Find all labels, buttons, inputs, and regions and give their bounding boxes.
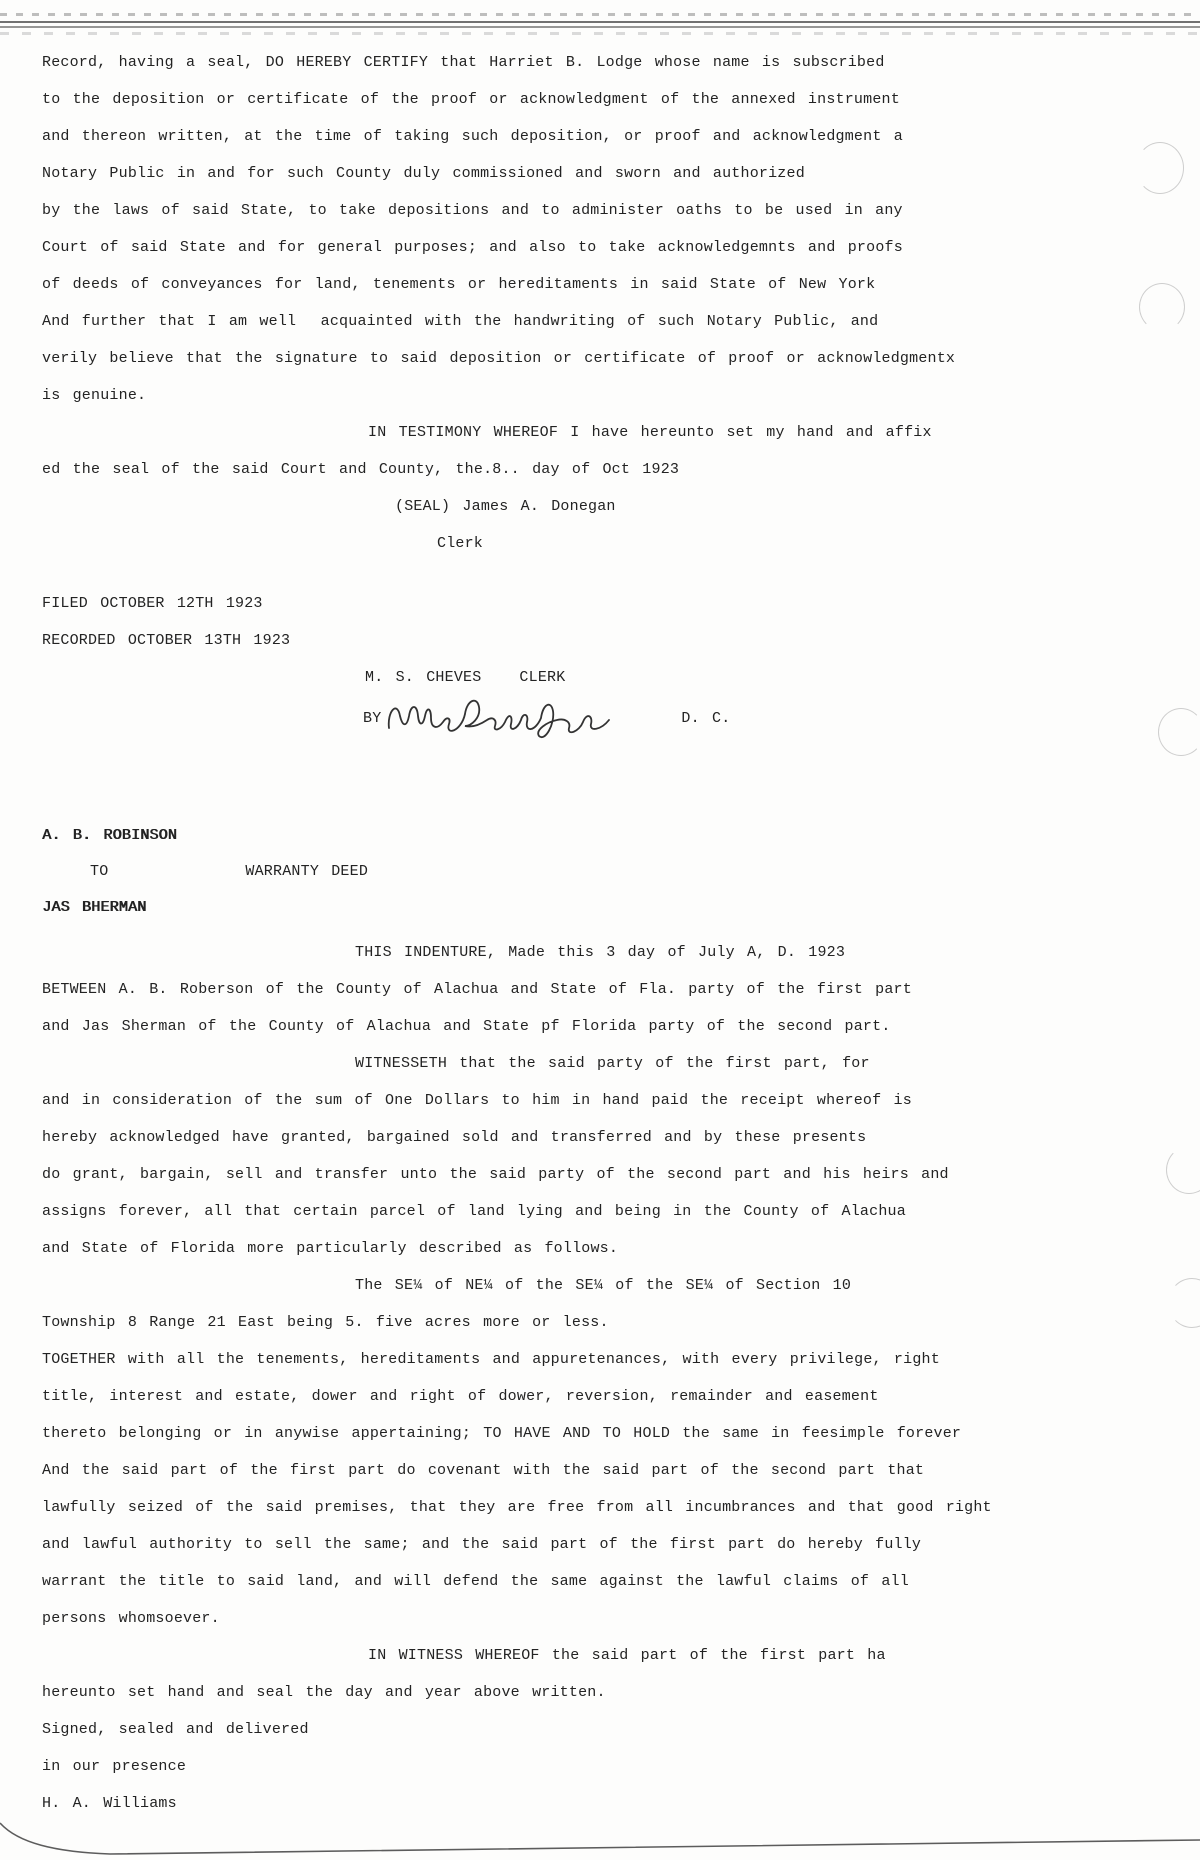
recorded-stamp: RECORDED OCTOBER 13TH 1923 (0, 622, 1200, 659)
deed-line: and in consideration of the sum of One D… (0, 1082, 1200, 1119)
legal-description-line: Township 8 Range 21 East being 5. five a… (0, 1304, 1200, 1341)
deed-line: TOGETHER with all the tenements, heredit… (0, 1341, 1200, 1378)
certificate-line: And further that I am well acquainted wi… (0, 303, 1200, 340)
recording-clerk-name: M. S. CHEVES (365, 669, 481, 686)
certificate-line: Notary Public in and for such County dul… (0, 155, 1200, 192)
spacer (0, 562, 1200, 585)
scan-artifact-dashed-rule-top (0, 13, 1200, 16)
recording-clerk-line: M. S. CHEVESCLERK (0, 659, 1200, 696)
deed-line: warrant the title to said land, and will… (0, 1563, 1200, 1600)
deed-line: lawfully seized of the said premises, th… (0, 1489, 1200, 1526)
certificate-line: Court of said State and for general purp… (0, 229, 1200, 266)
witness-clause-line: hereunto set hand and seal the day and y… (0, 1674, 1200, 1711)
filed-stamp: FILED OCTOBER 12TH 1923 (0, 585, 1200, 622)
scan-artifact-dashed-rule-bottom (0, 32, 1200, 35)
testimony-clause-line: ed the seal of the said Court and County… (0, 451, 1200, 488)
testimony-clause-line: IN TESTIMONY WHEREOF I have hereunto set… (0, 414, 1200, 451)
certificate-line: is genuine. (0, 377, 1200, 414)
deputy-signature-row: BY D. C. (0, 696, 1200, 742)
deed-line: and State of Florida more particularly d… (0, 1230, 1200, 1267)
deed-line: persons whomsoever. (0, 1600, 1200, 1637)
deed-line: and lawful authority to sell the same; a… (0, 1526, 1200, 1563)
instrument-type-label: WARRANTY DEED (245, 863, 368, 880)
spacer (0, 742, 1200, 818)
deed-line: hereby acknowledged have granted, bargai… (0, 1119, 1200, 1156)
grantor-name: A. B. ROBINSON (0, 818, 1200, 854)
deed-line: and Jas Sherman of the County of Alachua… (0, 1008, 1200, 1045)
deed-line: WITNESSETH that the said party of the fi… (0, 1045, 1200, 1082)
recording-clerk-title: CLERK (519, 669, 565, 686)
certificate-line: and thereon written, at the time of taki… (0, 118, 1200, 155)
legal-description-line: The SE¼ of NE¼ of the SE¼ of the SE¼ of … (0, 1267, 1200, 1304)
attestation-line: Signed, sealed and delivered (0, 1711, 1200, 1748)
certificate-line: of deeds of conveyances for land, teneme… (0, 266, 1200, 303)
scan-artifact-solid-rule-1 (0, 21, 1200, 23)
certificate-line: Record, having a seal, DO HEREBY CERTIFY… (0, 44, 1200, 81)
handwritten-signature-scribble (385, 692, 625, 742)
certificate-line: verily believe that the signature to sai… (0, 340, 1200, 377)
deed-line: And the said part of the first part do c… (0, 1452, 1200, 1489)
page-edge-curve (0, 1815, 1200, 1860)
deed-line: assigns forever, all that certain parcel… (0, 1193, 1200, 1230)
grantee-name: JAS BHERMAN (0, 890, 1200, 926)
certificate-line: to the deposition or certificate of the … (0, 81, 1200, 118)
deputy-clerk-initials: D. C. (681, 696, 730, 729)
to-label: TO (90, 863, 108, 880)
deed-line: do grant, bargain, sell and transfer unt… (0, 1156, 1200, 1193)
deed-line: title, interest and estate, dower and ri… (0, 1378, 1200, 1415)
witness-clause-line: IN WITNESS WHEREOF the said part of the … (0, 1637, 1200, 1674)
deed-line: thereto belonging or in anywise appertai… (0, 1415, 1200, 1452)
deed-line: THIS INDENTURE, Made this 3 day of July … (0, 934, 1200, 971)
attestation-line: in our presence (0, 1748, 1200, 1785)
by-label: BY (363, 696, 381, 729)
scanned-deed-page: Record, having a seal, DO HEREBY CERTIFY… (0, 0, 1200, 1860)
instrument-heading-row: TOWARRANTY DEED (0, 854, 1200, 890)
deed-line: BETWEEN A. B. Roberson of the County of … (0, 971, 1200, 1008)
certificate-line: by the laws of said State, to take depos… (0, 192, 1200, 229)
seal-signature-line: (SEAL) James A. Donegan (0, 488, 1200, 525)
clerk-title-line: Clerk (0, 525, 1200, 562)
spacer (0, 926, 1200, 934)
scan-artifact-solid-rule-2 (0, 26, 1200, 28)
document-body: Record, having a seal, DO HEREBY CERTIFY… (0, 44, 1200, 1822)
